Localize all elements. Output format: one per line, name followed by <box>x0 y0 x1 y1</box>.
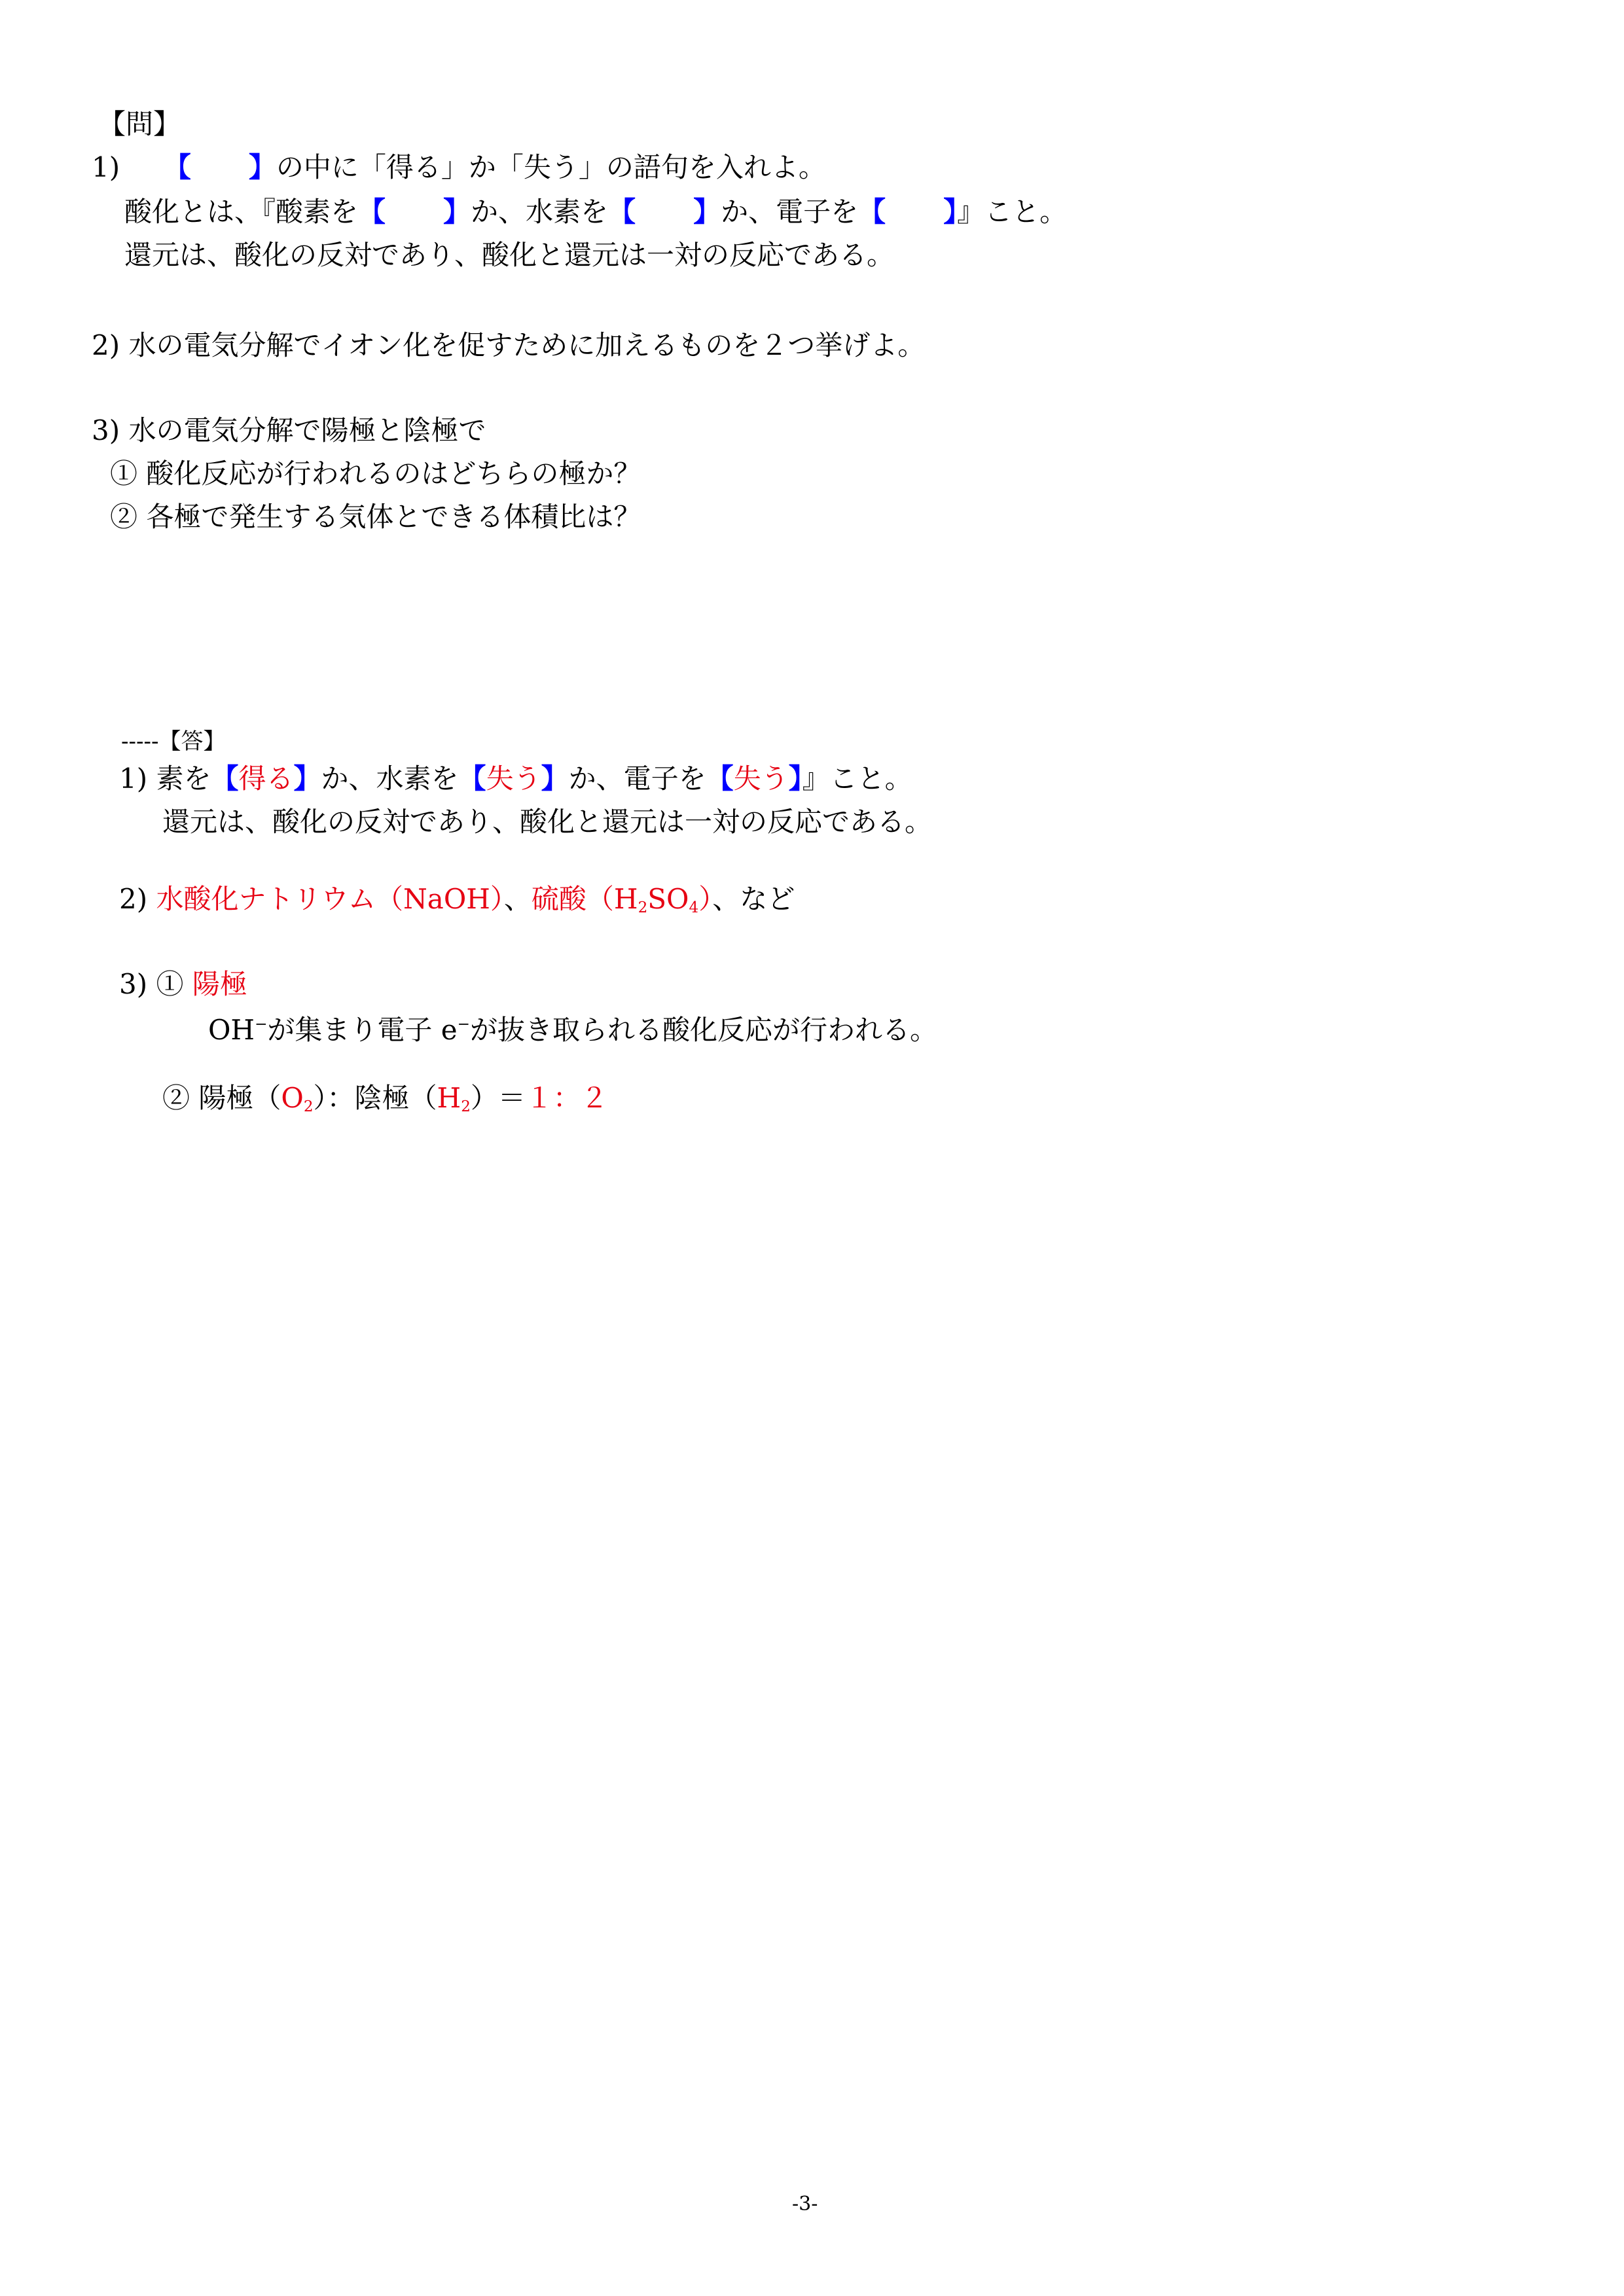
answer-3-sub-1: 3) ① 陽極 <box>119 966 247 1003</box>
answer-text: か、水素を <box>321 762 459 795</box>
answer-number: 1) <box>119 762 147 795</box>
hydrogen-formula: H2 <box>437 1082 471 1114</box>
blank-bracket-open: 【 <box>608 196 636 228</box>
instruction-text: の中に「得る」か「失う」の語句を入れよ。 <box>276 151 826 183</box>
answer-text: か、電子を <box>569 762 706 795</box>
blank-bracket-open: 【 <box>858 196 886 228</box>
answer-sulfuric-acid: 硫酸（H2SO4） <box>532 883 712 915</box>
question-number: 2) <box>92 329 120 361</box>
bracket-close: 】 <box>541 762 569 795</box>
question-3-sub-1: ① 酸化反応が行われるのはどちらの極か？ <box>110 456 641 492</box>
circled-number-1: ① <box>156 968 183 1000</box>
sub-question-text: 酸化反応が行われるのはどちらの極か？ <box>146 457 641 490</box>
bracket-close: 】 <box>789 762 803 795</box>
definition-part: か、電子を <box>721 196 858 228</box>
bracket-open: 【 <box>459 762 486 795</box>
definition-part: か、水素を <box>471 196 608 228</box>
answer-value-lose: 失う <box>486 762 541 795</box>
answer-text: 素を <box>156 762 211 795</box>
answer-1: 1) 素を【得る】か、水素を【失う】か、電子を【失う】』こと。 <box>119 761 912 797</box>
question-3-sub-2: ② 各極で発生する気体とできる体積比は？ <box>110 499 641 535</box>
circled-number-2: ② <box>162 1082 190 1114</box>
question-2-text: 水の電気分解でイオン化を促すために加えるものを２つ挙げよ。 <box>128 329 925 361</box>
question-heading: 【問】 <box>98 106 181 143</box>
blank-bracket-close: 】 <box>443 196 471 228</box>
circled-number-1: ① <box>110 457 137 490</box>
question-number: 3) <box>92 414 120 446</box>
answer-number: 2) <box>119 883 147 915</box>
answer-value-gain: 得る <box>239 762 294 795</box>
question-2: 2) 水の電気分解でイオン化を促すために加えるものを２つ挙げよ。 <box>92 327 925 364</box>
blank-bracket-close: 】 <box>693 196 721 228</box>
question-3-text: 水の電気分解で陽極と陰極で <box>128 414 486 446</box>
question-1-definition: 酸化とは、『酸素を【】か、水素を【】か、電子を【】』こと。 <box>124 194 1067 230</box>
blank-bracket-open: 【 <box>164 151 191 183</box>
answer-text: 』こと。 <box>803 762 912 795</box>
page-number: -3- <box>792 2191 818 2217</box>
circled-number-2: ② <box>110 501 137 533</box>
answer-number: 3) <box>119 968 147 1000</box>
bracket-close: 】 <box>294 762 321 795</box>
question-number: 1) <box>92 151 120 183</box>
blank-bracket-close: 】 <box>943 196 957 228</box>
definition-part: 』こと。 <box>957 196 1067 228</box>
oxygen-formula: O2 <box>281 1082 313 1114</box>
question-1-note: 還元は、酸化の反対であり、酸化と還元は一対の反応である。 <box>124 237 894 274</box>
answer-3-sub-2: ② 陽極（O2）：陰極（H2）＝１：２ <box>162 1080 608 1117</box>
answer-value-lose: 失う <box>734 762 789 795</box>
answer-suffix: 、など <box>712 883 795 915</box>
bracket-open: 【 <box>211 762 238 795</box>
volume-ratio: １：２ <box>526 1082 608 1114</box>
blank-bracket-open: 【 <box>358 196 386 228</box>
answer-naoh: 水酸化ナトリウム（NaOH） <box>156 883 503 915</box>
answer-anode: 陽極 <box>192 968 247 1000</box>
question-1-instruction: 1) 【】の中に「得る」か「失う」の語句を入れよ。 <box>92 149 826 186</box>
bracket-open: 【 <box>706 762 734 795</box>
blank-bracket-close: 】 <box>249 151 276 183</box>
answer-heading: -----【答】 <box>121 723 225 760</box>
answer-2: 2) 水酸化ナトリウム（NaOH）、硫酸（H2SO4）、など <box>119 881 795 918</box>
separator: 、 <box>504 883 532 915</box>
question-3: 3) 水の電気分解で陽極と陰極で <box>92 412 486 449</box>
answer-1-note: 還元は、酸化の反対であり、酸化と還元は一対の反応である。 <box>162 804 932 840</box>
definition-part: 酸化とは、『酸素を <box>124 196 358 228</box>
sub-question-text: 各極で発生する気体とできる体積比は？ <box>146 501 641 533</box>
answer-3-explanation: OH−が集まり電子 e−が抜き取られる酸化反応が行われる。 <box>208 1012 937 1049</box>
